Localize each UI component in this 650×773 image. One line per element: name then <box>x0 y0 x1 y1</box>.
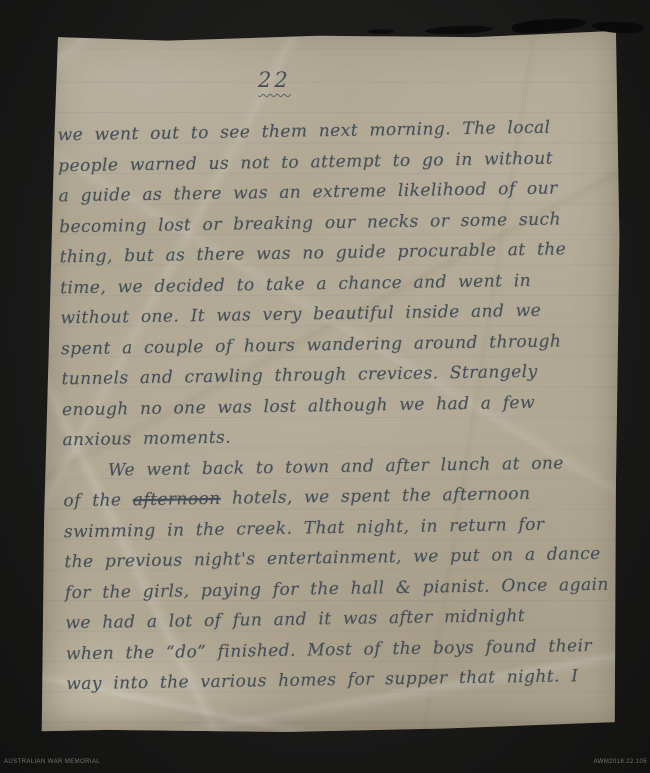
letter-page: 22 we went out to see them next morning.… <box>40 28 620 732</box>
letter-body: we went out to see them next morning. Th… <box>57 112 614 700</box>
page-number: 22 <box>258 68 291 92</box>
line-text: hotels, we spent the afternoon <box>220 484 530 509</box>
archive-id: AWM2018.22.105 <box>594 759 647 766</box>
strikethrough-word: afternoon <box>133 489 221 510</box>
edge-stain <box>512 16 587 35</box>
line-text: of the <box>63 490 133 511</box>
edge-stain <box>425 25 493 35</box>
scan-background: 22 we went out to see them next morning.… <box>0 0 650 773</box>
archive-credit: AUSTRALIAN WAR MEMORIAL <box>4 759 100 766</box>
edge-stain <box>368 29 394 34</box>
